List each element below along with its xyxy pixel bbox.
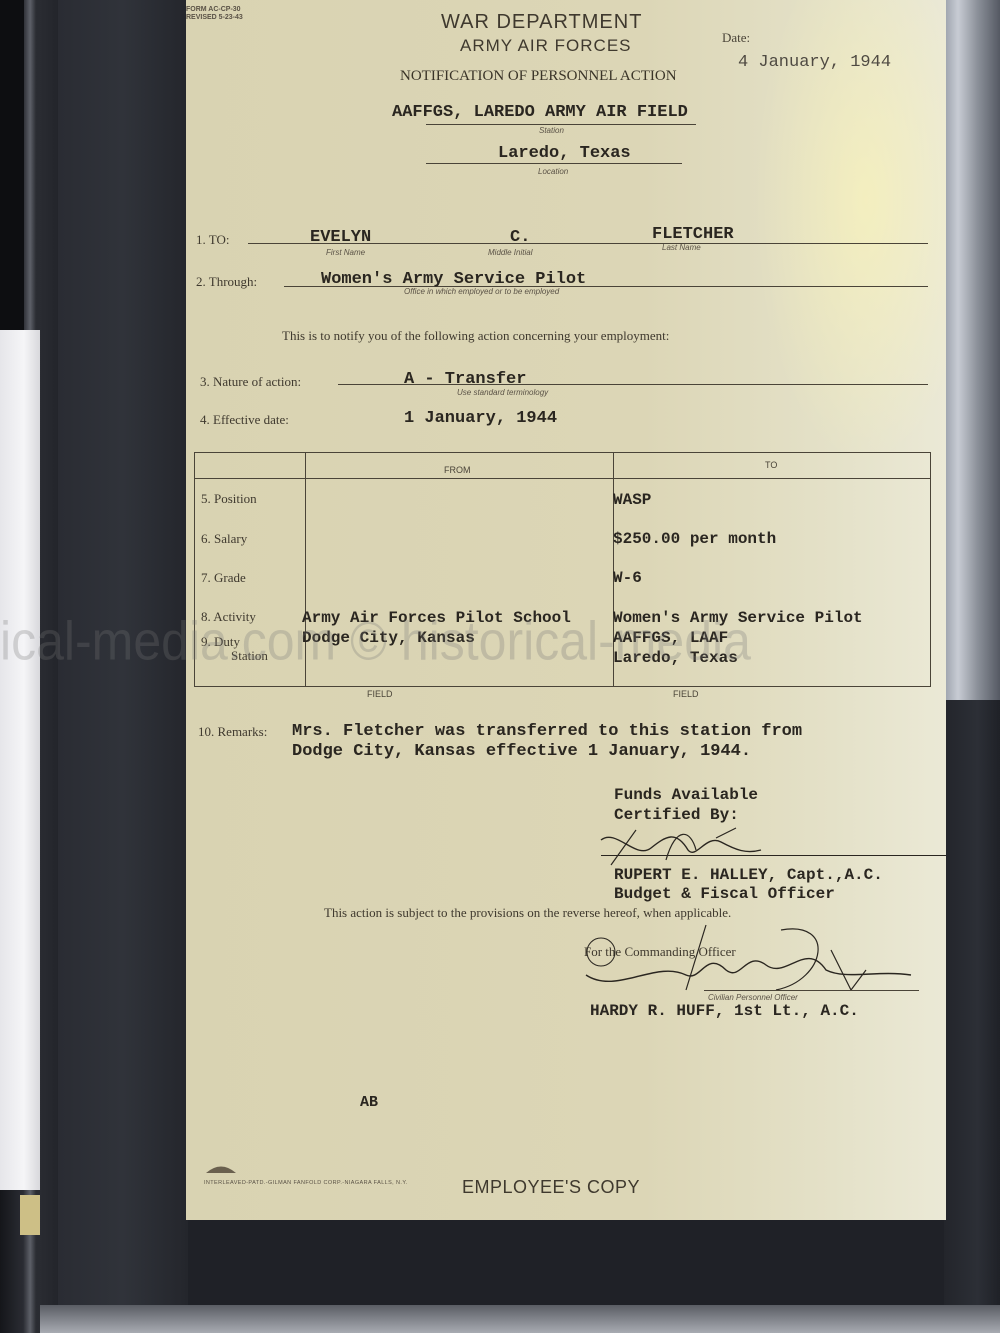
remarks-label: 10. Remarks: <box>198 724 267 740</box>
through-label: 2. Through: <box>196 274 257 290</box>
sleeve-right-edge-lower <box>944 700 1000 1333</box>
to-position-value: WASP <box>613 491 651 509</box>
remarks-line-1: Mrs. Fletcher was transferred to this st… <box>292 722 802 741</box>
binder-bottom-edge <box>40 1305 1000 1333</box>
to-salary-value: $250.00 per month <box>613 530 776 548</box>
employee-copy-label: EMPLOYEE'S COPY <box>462 1177 640 1198</box>
to-label: 1. TO: <box>196 232 229 248</box>
huff-signature-icon <box>576 920 916 1000</box>
halley-signature-line <box>601 855 946 856</box>
first-name-value: EVELYN <box>310 228 371 247</box>
typist-initials: AB <box>360 1094 378 1111</box>
form-title: NOTIFICATION OF PERSONNEL ACTION <box>400 68 677 85</box>
row-label-grade: 7. Grade <box>201 570 246 586</box>
provisions-notice: This action is subject to the provisions… <box>324 905 731 921</box>
last-name-caption: Last Name <box>662 243 701 252</box>
location-caption: Location <box>538 167 568 176</box>
printer-imprint: INTERLEAVED-PATD.-GILMAN FANFOLD CORP.-N… <box>204 1180 408 1186</box>
effective-date-value: 1 January, 1944 <box>404 409 557 428</box>
header-army-air-forces: ARMY AIR FORCES <box>460 36 632 56</box>
watermark: ical-media.com © historical-media <box>0 609 1000 673</box>
funds-available-text: Funds Available <box>614 786 758 804</box>
huff-name: HARDY R. HUFF, 1st Lt., A.C. <box>590 1002 859 1020</box>
date-label: Date: <box>722 30 750 46</box>
adjacent-page-tab <box>20 1195 40 1235</box>
personnel-action-form: FORM AC-CP-30 REVISED 5-23-43 WAR DEPART… <box>186 0 946 1220</box>
station-underline <box>426 124 696 125</box>
remarks-line-2: Dodge City, Kansas effective 1 January, … <box>292 742 751 761</box>
row-label-position: 5. Position <box>201 491 257 507</box>
first-name-caption: First Name <box>326 248 365 257</box>
halley-name: RUPERT E. HALLEY, Capt.,A.C. <box>614 866 883 884</box>
to-grade-value: W-6 <box>613 569 642 587</box>
station-value: AAFFGS, LAREDO ARMY AIR FIELD <box>392 103 688 122</box>
notify-statement: This is to notify you of the following a… <box>282 328 669 344</box>
binder-strip <box>0 0 24 360</box>
huff-signature-line <box>704 990 919 991</box>
middle-initial-value: C. <box>510 228 530 247</box>
last-name-value: FLETCHER <box>652 225 734 244</box>
form-number: FORM AC-CP-30 REVISED 5-23-43 <box>186 6 243 22</box>
middle-initial-caption: Middle Initial <box>488 248 532 257</box>
from-field-footer: FIELD <box>367 689 393 699</box>
column-header-to: TO <box>765 460 777 470</box>
adjacent-page-edge <box>0 330 40 1190</box>
gilman-fanfold-logo-icon <box>204 1162 238 1174</box>
station-caption: Station <box>539 126 564 135</box>
halley-title: Budget & Fiscal Officer <box>614 885 835 903</box>
through-caption: Office in which employed or to be employ… <box>404 287 559 296</box>
location-value: Laredo, Texas <box>498 144 631 163</box>
header-war-department: WAR DEPARTMENT <box>441 11 642 34</box>
row-label-salary: 6. Salary <box>201 531 247 547</box>
date-value: 4 January, 1944 <box>738 53 891 72</box>
civilian-personnel-officer-caption: Civilian Personnel Officer <box>708 993 798 1002</box>
nature-caption: Use standard terminology <box>457 388 548 397</box>
nature-value: A - Transfer <box>404 370 526 389</box>
form-number-text: FORM AC-CP-30 <box>186 6 243 14</box>
column-header-from: FROM <box>444 465 471 475</box>
nature-label: 3. Nature of action: <box>200 374 301 390</box>
location-underline <box>426 163 682 164</box>
table-header-divider <box>195 478 930 479</box>
form-revised-text: REVISED 5-23-43 <box>186 14 243 22</box>
to-field-footer: FIELD <box>673 689 699 699</box>
effective-date-label: 4. Effective date: <box>200 412 289 428</box>
